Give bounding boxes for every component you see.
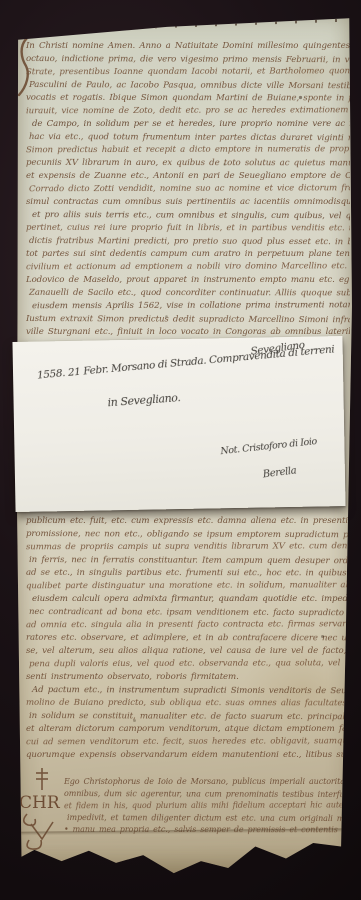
notary-subscription-line: et fidem in his, quod plurium aliis mihi… (64, 799, 350, 812)
manuscript-line: ad omnia etc. singula alia in presenti f… (26, 618, 350, 632)
notary-subscription-line: Ego Christophorus de Ioio de Morsano, pu… (64, 776, 350, 788)
manuscript-line: quorumque expensis observandarum eidem m… (26, 749, 350, 762)
manuscript-line: civilium et actionum ad emptionem a nobi… (26, 260, 350, 274)
slip-notary-name: Not. Cristoforo di Ioio (220, 436, 317, 457)
notary-monogram-text: CHR (19, 793, 61, 813)
notary-subscription-block: Ego Christophorus de Ioio de Morsano, pu… (64, 776, 350, 836)
manuscript-line: Zanauelli de Sacilo etc., quod concordit… (26, 287, 350, 301)
manuscript-line: cui ad semen venditorum etc. fecit, suos… (26, 735, 350, 749)
manuscript-line: summas de propriis campis ut supra vendi… (26, 540, 350, 554)
ink-specks (14, 14, 15, 15)
manuscript-line: tot partes sui sint dedentis campum cum … (26, 248, 350, 261)
manuscript-line: pertinet, cuius rei iure proprio fuit in… (26, 222, 350, 236)
slip-heading-continuation: in Sevegliano. (107, 391, 181, 409)
manuscript-line: eiusdem calculi opera admixta firmantur,… (26, 593, 350, 606)
manuscript-line: qualibet parte distinguatur una moration… (26, 579, 350, 593)
manuscript-line: pecuniis XV librarum in auro, ex quibus … (26, 157, 350, 171)
manuscript-line: et expensis de Zuanne etc., Antonii en p… (26, 170, 350, 183)
slip-notary-surname: Berella (262, 465, 297, 480)
manuscript-line: Corrado dicto Zotti vendidit, nomine suo… (26, 182, 350, 196)
notary-sign-icon: CHR (18, 766, 66, 852)
manuscript-line: de Campo, in solidum per se et heredes, … (26, 118, 350, 131)
manuscript-line: Simon predictus habuit et recepit a dict… (26, 143, 350, 157)
manuscript-line: simul contractas cum omnibus suis pertin… (26, 196, 350, 209)
parchment-stain (264, 44, 354, 104)
manuscript-line: publicum etc. fuit, etc. cum expressis e… (26, 515, 350, 528)
manuscript-line: iurauit, vice nomine de Zoto, dedit etc.… (26, 104, 350, 118)
pricking-holes (95, 19, 347, 31)
photo-background: In Christi nomine Amen. Anno a Natiuitat… (0, 0, 361, 900)
archival-slip: Sevegliano 1558. 21 Febr. Morsano di Str… (12, 336, 345, 512)
manuscript-line: Lodovico de Maseldo, prout apparet in in… (26, 274, 350, 287)
manuscript-line: eiusdem mensis Aprilis 1562, vise in col… (26, 299, 350, 313)
slip-heading: 1558. 21 Febr. Morsano di Strada. Compra… (37, 343, 335, 381)
parchment-stain (242, 644, 361, 734)
manuscript-line: ad se etc., in singulis partibus etc. fr… (26, 567, 350, 581)
